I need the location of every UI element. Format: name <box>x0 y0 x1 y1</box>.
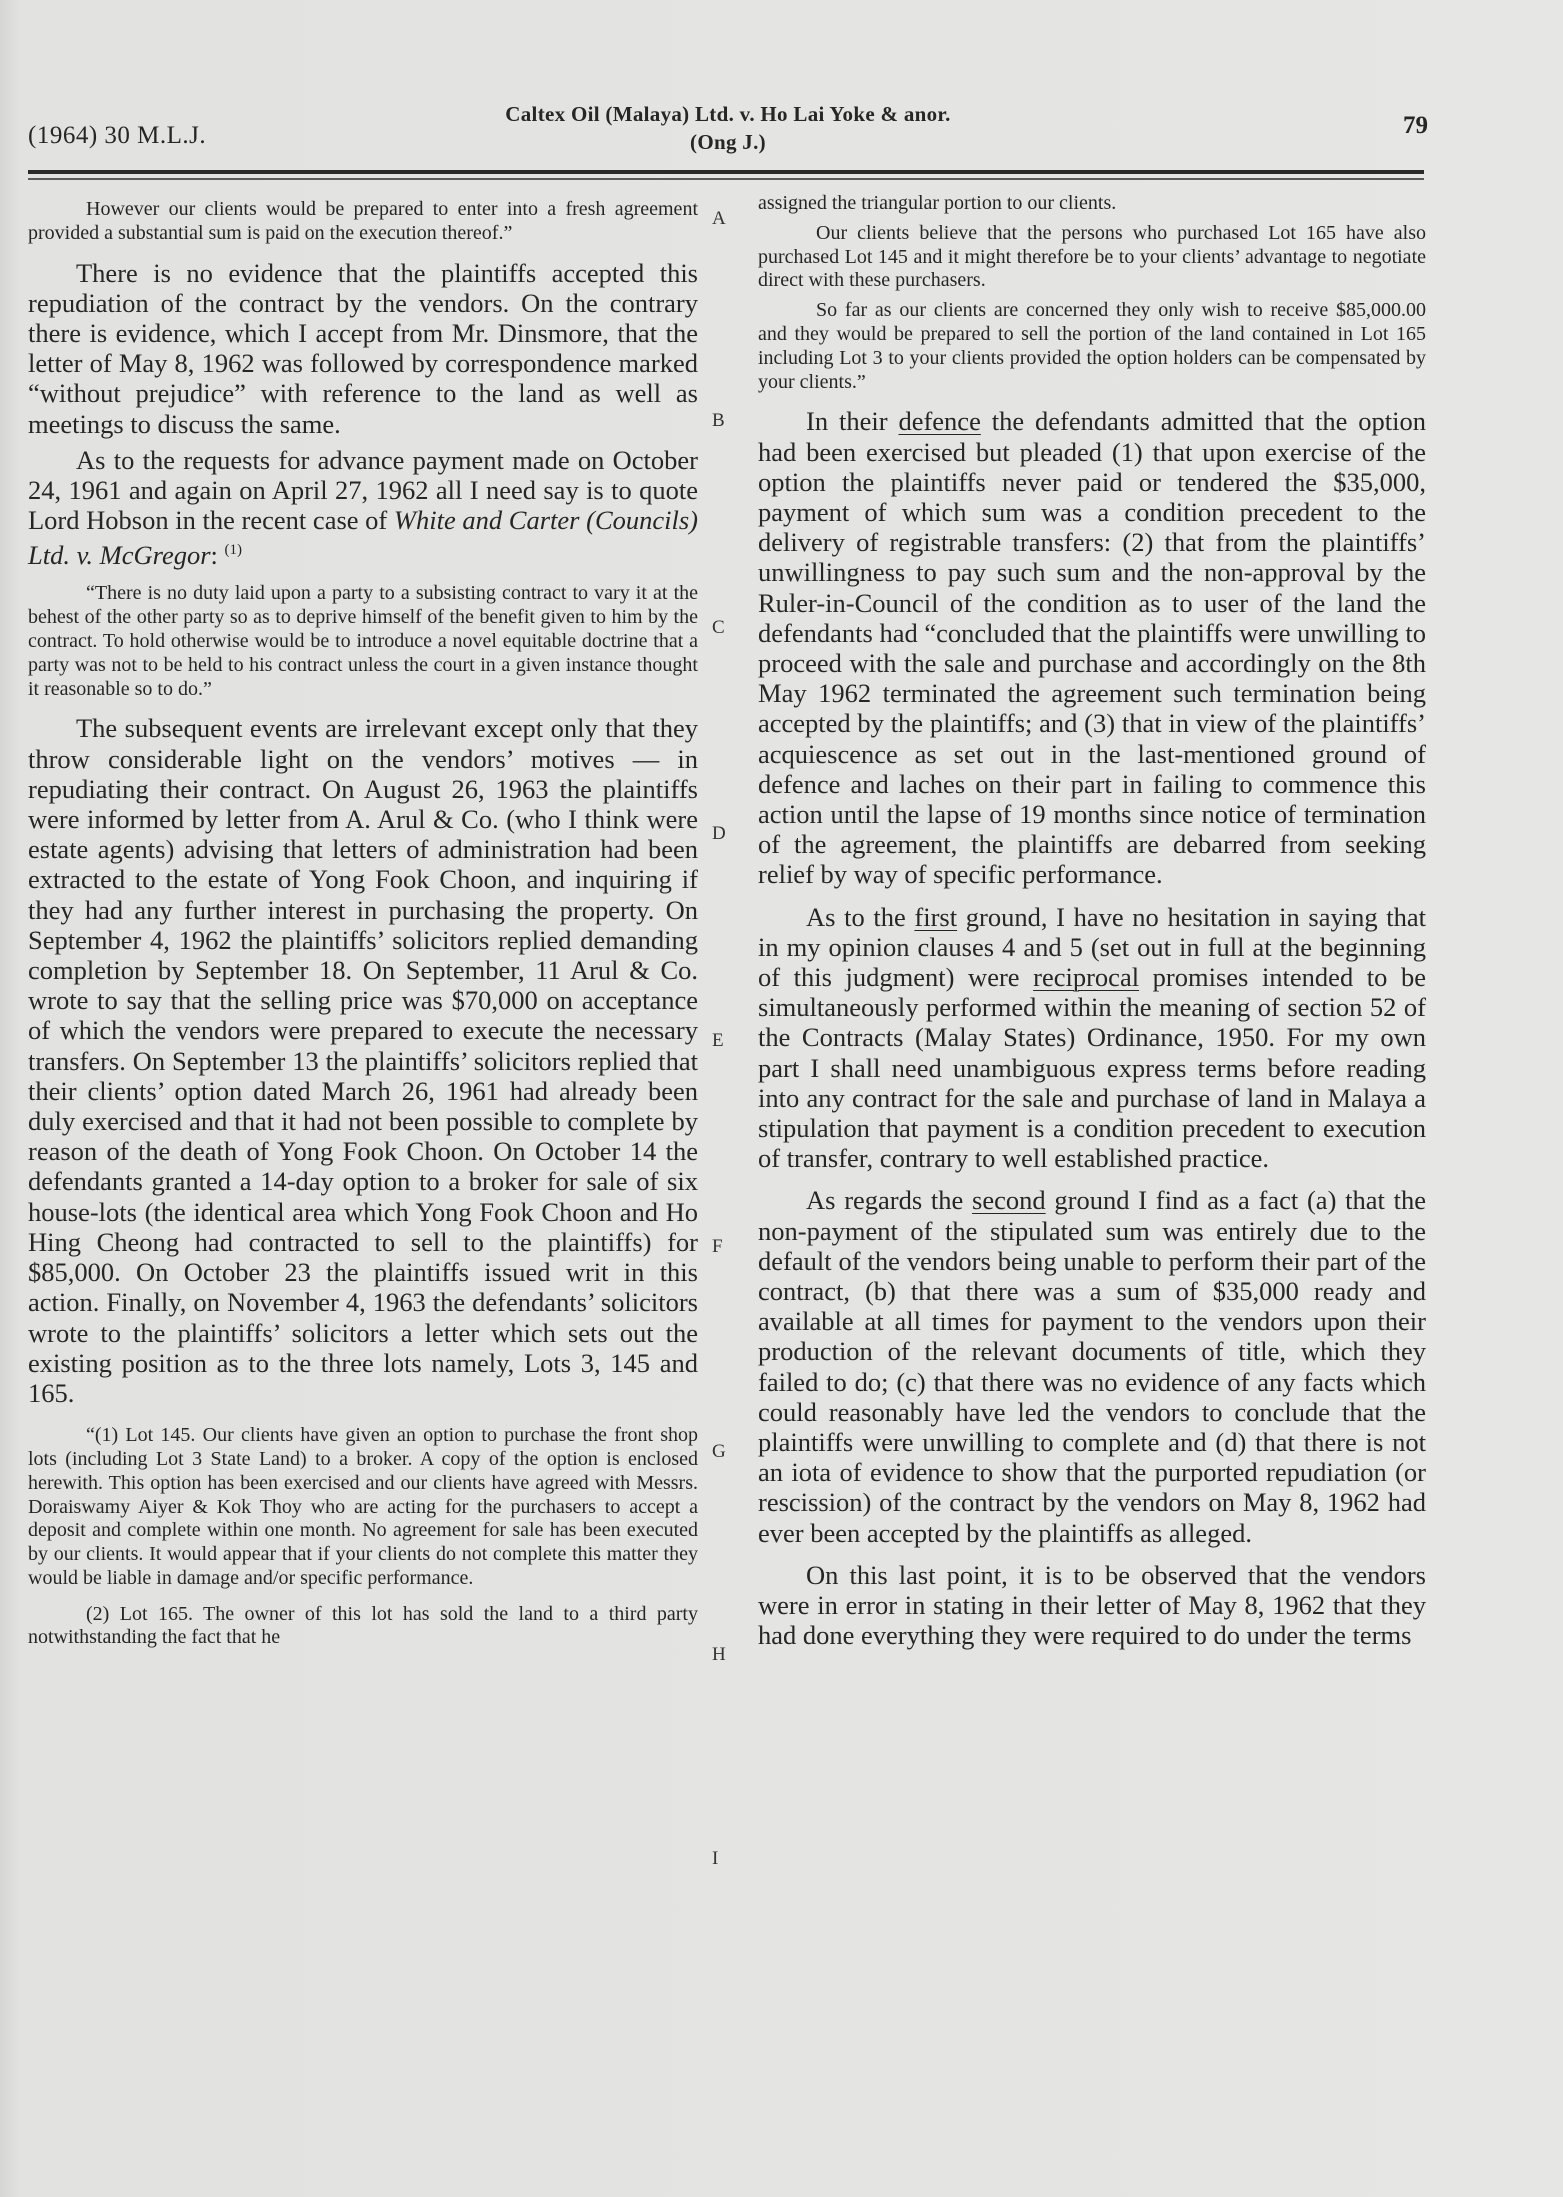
judge-name: (Ong J.) <box>348 128 1108 156</box>
paragraph-defence: In their defence the defendants admitted… <box>758 406 1426 889</box>
left-column: However our clients would be prepared to… <box>28 198 698 1650</box>
margin-letter-f: F <box>712 1236 723 1258</box>
letter-clients-believe: Our clients believe that the persons who… <box>758 222 1426 293</box>
case-title-block: Caltex Oil (Malaya) Ltd. v. Ho Lai Yoke … <box>348 100 1108 156</box>
margin-letter-g: G <box>712 1441 726 1463</box>
margin-letter-c: C <box>712 617 725 639</box>
paragraph-first-ground: As to the first ground, I have no hesita… <box>758 902 1426 1174</box>
letter-lot-145: “(1) Lot 145. Our clients have given an … <box>28 1424 698 1591</box>
letter-lot-165: (2) Lot 165. The owner of this lot has s… <box>28 1603 698 1651</box>
underlined-reciprocal: reciprocal <box>1033 962 1139 992</box>
quoted-letter-end: However our clients would be prepared to… <box>28 198 698 246</box>
paragraph-second-ground: As regards the second ground I find as a… <box>758 1185 1426 1547</box>
letter-so-far: So far as our clients are concerned they… <box>758 299 1426 394</box>
margin-letter-h: H <box>712 1644 726 1666</box>
header-rule-thick <box>28 170 1424 174</box>
letter-continuation: assigned the triangular portion to our c… <box>758 192 1426 216</box>
paragraph-no-evidence: There is no evidence that the plaintiffs… <box>28 258 698 439</box>
paragraph-last-point: On this last point, it is to be observed… <box>758 1560 1426 1651</box>
margin-letter-e: E <box>712 1030 724 1052</box>
margin-letter-a: A <box>712 208 726 230</box>
header-rule-thin <box>28 178 1424 180</box>
page-number: 79 <box>1403 112 1428 140</box>
margin-letter-d: D <box>712 823 726 845</box>
paragraph-subsequent-events: The subsequent events are irrelevant exc… <box>28 713 698 1408</box>
margin-letter-b: B <box>712 410 725 432</box>
hobson-quote: “There is no duty laid upon a party to a… <box>28 582 698 701</box>
underlined-first: first <box>914 902 957 932</box>
margin-letter-i: I <box>712 1848 718 1870</box>
report-citation: (1964) 30 M.L.J. <box>28 122 206 150</box>
paragraph-advance-payment: As to the requests for advance payment m… <box>28 445 698 571</box>
underlined-second: second <box>972 1185 1046 1215</box>
case-title: Caltex Oil (Malaya) Ltd. v. Ho Lai Yoke … <box>348 100 1108 128</box>
scanned-page: (1964) 30 M.L.J. Caltex Oil (Malaya) Ltd… <box>0 0 1563 2197</box>
underlined-defence: defence <box>898 406 980 436</box>
running-header: (1964) 30 M.L.J. Caltex Oil (Malaya) Ltd… <box>28 100 1428 180</box>
right-column: assigned the triangular portion to our c… <box>758 192 1426 1651</box>
footnote-reference: (1) <box>225 542 243 558</box>
